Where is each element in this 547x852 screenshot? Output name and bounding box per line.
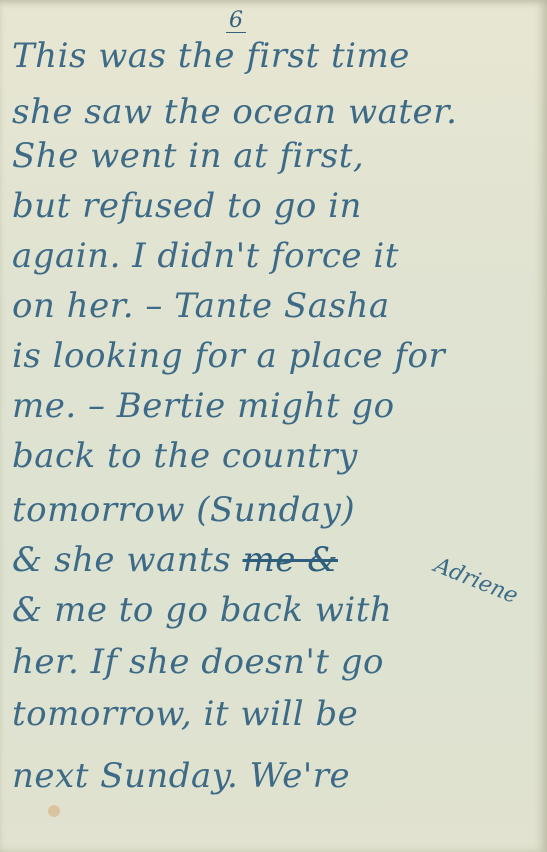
text-line-3: She went in at first, [12,136,364,176]
text-line-7: is looking for a place for [12,336,445,376]
inserted-text: Adriene [431,553,522,609]
letter-page: 6 This was the first time she saw the oc… [0,0,547,852]
text-line-13: her. If she doesn't go [12,642,384,682]
text-line-14: tomorrow, it will be [12,694,358,734]
text-line-5: again. I didn't force it [12,236,399,276]
paper-stain [48,805,60,817]
text-line-11-main: & she wants [12,540,231,580]
struck-text: me & [243,540,338,580]
text-line-15: next Sunday. We're [12,756,350,796]
text-line-2: she saw the ocean water. [12,92,457,132]
text-line-11: & she wants me & [12,540,338,580]
text-line-10: tomorrow (Sunday) [12,490,355,530]
page-number: 6 [226,10,246,33]
text-line-8: me. – Bertie might go [12,386,395,426]
text-line-12: & me to go back with [12,590,392,630]
text-line-4: but refused to go in [12,186,362,226]
text-line-6: on her. – Tante Sasha [12,286,390,326]
text-line-9: back to the country [12,436,358,476]
text-line-1: This was the first time [12,36,410,76]
